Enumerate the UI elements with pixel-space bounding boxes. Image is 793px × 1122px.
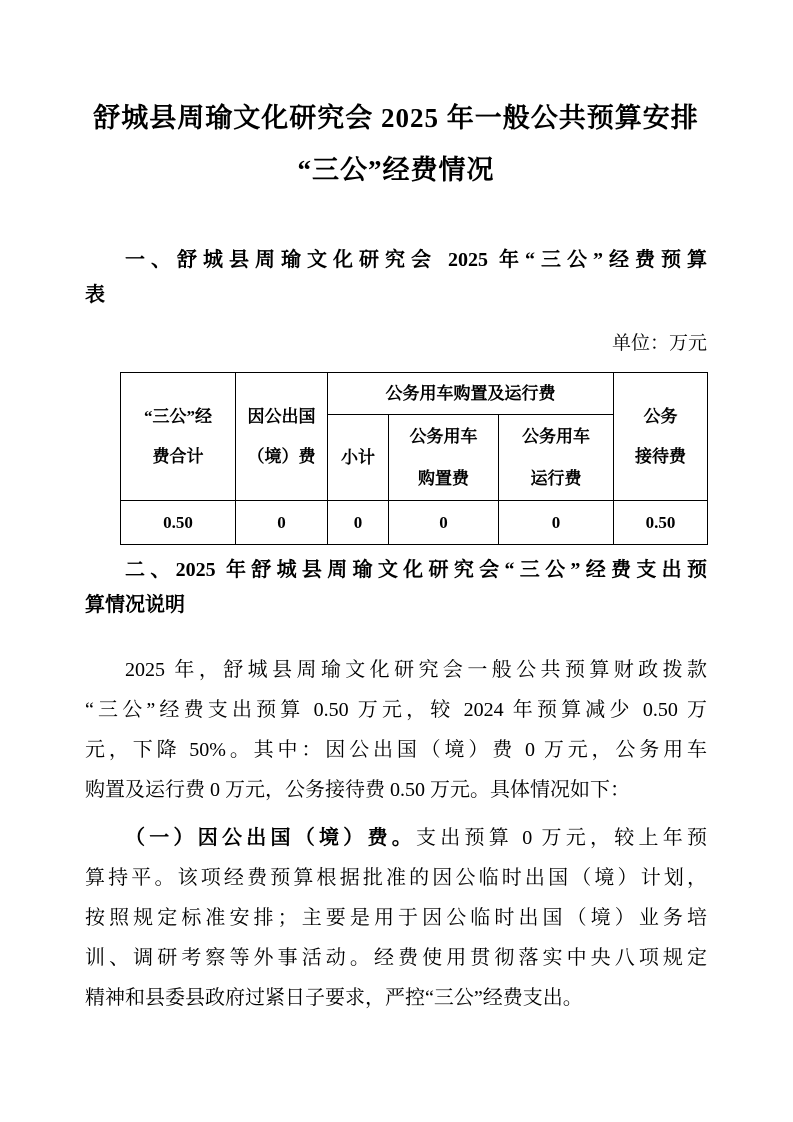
paragraph-overview-line-3: 元，下降 50%。其中：因公出国（境）费 0 万元，公务用车 bbox=[85, 730, 707, 770]
document-content: 舒城县周瑜文化研究会 2025 年一般公共预算安排 “三公”经费情况 一、舒城县… bbox=[0, 92, 793, 1018]
header-vehicle-operation: 公务用车 运行费 bbox=[499, 415, 614, 501]
section1-heading-line-2: 表 bbox=[85, 278, 707, 313]
paragraph-abroad-line-5: 精神和县委县政府过紧日子要求，严控“三公”经费支出。 bbox=[85, 978, 707, 1018]
paragraph-abroad-line-4: 训、调研考察等外事活动。经费使用贯彻落实中央八项规定 bbox=[85, 938, 707, 978]
paragraph-overview-line-2: “三公”经费支出预算 0.50 万元，较 2024 年预算减少 0.50 万 bbox=[85, 690, 707, 730]
paragraph-abroad-line-3: 按照规定标准安排；主要是用于因公临时出国（境）业务培 bbox=[85, 898, 707, 938]
value-abroad-fee: 0 bbox=[236, 501, 328, 545]
header-vehicle-purchase: 公务用车 购置费 bbox=[389, 415, 499, 501]
sangong-budget-table: “三公”经 费合计 因公出国 （境）费 公务用车购置及运行费 公务 接待费 小计… bbox=[120, 372, 708, 545]
header-sangong-total: “三公”经 费合计 bbox=[121, 373, 236, 501]
abroad-line-1-rest: 支出预算 0 万元，较上年预 bbox=[416, 827, 707, 849]
document-title: 舒城县周瑜文化研究会 2025 年一般公共预算安排 “三公”经费情况 bbox=[85, 92, 707, 196]
paragraph-overview-line-4: 购置及运行费 0 万元，公务接待费 0.50 万元。具体情况如下： bbox=[85, 770, 707, 810]
value-vehicle-purchase: 0 bbox=[389, 501, 499, 545]
header-vehicle-group: 公务用车购置及运行费 bbox=[328, 373, 614, 415]
table-header-row-1: “三公”经 费合计 因公出国 （境）费 公务用车购置及运行费 公务 接待费 bbox=[121, 373, 708, 415]
paragraph-abroad-line-2: 算持平。该项经费预算根据批准的因公临时出国（境）计划， bbox=[85, 858, 707, 898]
value-sangong-total: 0.50 bbox=[121, 501, 236, 545]
header-abroad-fee: 因公出国 （境）费 bbox=[236, 373, 328, 501]
paragraph-abroad-line-1: （一）因公出国（境）费。支出预算 0 万元，较上年预 bbox=[85, 818, 707, 858]
document-page: 舒城县周瑜文化研究会 2025 年一般公共预算安排 “三公”经费情况 一、舒城县… bbox=[0, 0, 793, 1122]
paragraph-abroad-detail: （一）因公出国（境）费。支出预算 0 万元，较上年预 算持平。该项经费预算根据批… bbox=[85, 818, 707, 1018]
header-subtotal: 小计 bbox=[328, 415, 389, 501]
value-subtotal: 0 bbox=[328, 501, 389, 545]
paragraph-overview-line-1: 2025 年，舒城县周瑜文化研究会一般公共预算财政拨款 bbox=[85, 650, 707, 690]
value-vehicle-operation: 0 bbox=[499, 501, 614, 545]
abroad-lead-bold: （一）因公出国（境）费。 bbox=[125, 827, 416, 849]
section2-heading-line-2: 算情况说明 bbox=[85, 588, 707, 623]
paragraph-overview: 2025 年，舒城县周瑜文化研究会一般公共预算财政拨款 “三公”经费支出预算 0… bbox=[85, 650, 707, 810]
document-title-line-1: 舒城县周瑜文化研究会 2025 年一般公共预算安排 bbox=[85, 92, 707, 144]
section2-heading: 二、2025 年舒城县周瑜文化研究会“三公”经费支出预 算情况说明 bbox=[85, 553, 707, 623]
table-unit-label: 单位：万元 bbox=[85, 330, 707, 358]
header-reception-fee: 公务 接待费 bbox=[614, 373, 708, 501]
section2-heading-line-1: 二、2025 年舒城县周瑜文化研究会“三公”经费支出预 bbox=[85, 553, 707, 588]
value-reception-fee: 0.50 bbox=[614, 501, 708, 545]
section1-heading: 一、舒城县周瑜文化研究会 2025 年“三公”经费预算 表 bbox=[85, 243, 707, 313]
document-title-line-2: “三公”经费情况 bbox=[85, 144, 707, 196]
section1-heading-line-1: 一、舒城县周瑜文化研究会 2025 年“三公”经费预算 bbox=[85, 243, 707, 278]
table-data-row: 0.50 0 0 0 0 0.50 bbox=[121, 501, 708, 545]
